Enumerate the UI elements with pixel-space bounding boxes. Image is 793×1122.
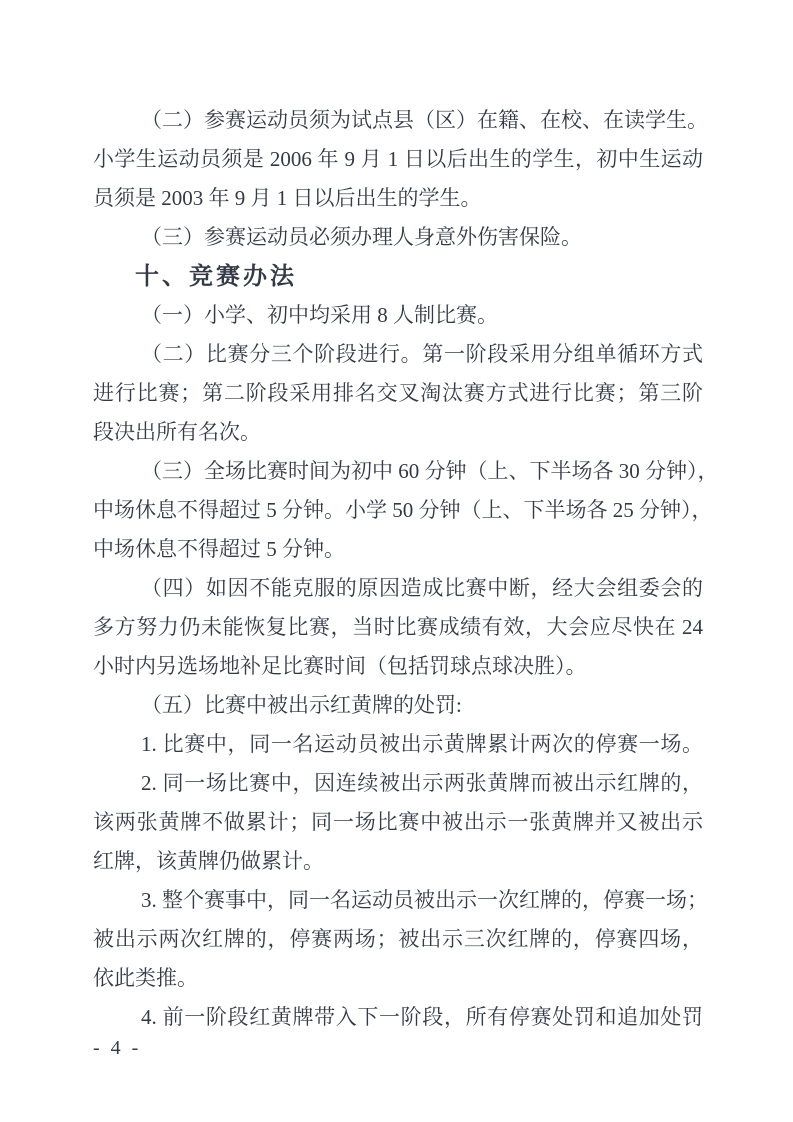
document-content: （二）参赛运动员须为试点县（区）在籍、在校、在读学生。小学生运动员须是 2006…	[93, 101, 703, 1037]
para-insurance: （三）参赛运动员必须办理人身意外伤害保险。	[93, 218, 703, 257]
para-penalty-item-3: 3. 整个赛事中，同一名运动员被出示一次红牌的，停赛一场；被出示两次红牌的，停赛…	[93, 881, 703, 998]
text-line: （一）小学、初中均采用 8 人制比赛。	[93, 296, 703, 335]
text-line: 进行比赛；第二阶段采用排名交叉淘汰赛方式进行比赛；第三阶	[93, 374, 703, 413]
para-penalty-item-2: 2. 同一场比赛中，因连续被出示两张黄牌而被出示红牌的，该两张黄牌不做累计；同一…	[93, 764, 703, 881]
text-line: （三）参赛运动员必须办理人身意外伤害保险。	[93, 218, 703, 257]
para-match-interruption: （四）如因不能克服的原因造成比赛中断，经大会组委会的多方努力仍未能恢复比赛，当时…	[93, 569, 703, 686]
page-number: - 4 -	[93, 1036, 141, 1060]
text-line: 小学生运动员须是 2006 年 9 月 1 日以后出生的学生，初中生运动	[93, 140, 703, 179]
para-three-stages: （二）比赛分三个阶段进行。第一阶段采用分组单循环方式进行比赛；第二阶段采用排名交…	[93, 335, 703, 452]
text-line: 依此类推。	[93, 959, 703, 998]
text-line: 被出示两次红牌的，停赛两场；被出示三次红牌的，停赛四场，	[93, 920, 703, 959]
para-match-duration: （三）全场比赛时间为初中 60 分钟（上、下半场各 30 分钟），中场休息不得超…	[93, 452, 703, 569]
para-card-penalties-intro: （五）比赛中被出示红黄牌的处罚:	[93, 686, 703, 725]
text-line: 段决出所有名次。	[93, 413, 703, 452]
text-line: （三）全场比赛时间为初中 60 分钟（上、下半场各 30 分钟），	[93, 452, 703, 491]
para-8-player-format: （一）小学、初中均采用 8 人制比赛。	[93, 296, 703, 335]
para-penalty-item-1: 1. 比赛中，同一名运动员被出示黄牌累计两次的停赛一场。	[93, 725, 703, 764]
text-line: 红牌，该黄牌仍做累计。	[93, 842, 703, 881]
para-penalty-item-4: 4. 前一阶段红黄牌带入下一阶段，所有停赛处罚和追加处罚	[93, 998, 703, 1037]
text-line: 3. 整个赛事中，同一名运动员被出示一次红牌的，停赛一场；	[93, 881, 703, 920]
text-line: （二）比赛分三个阶段进行。第一阶段采用分组单循环方式	[93, 335, 703, 374]
text-line: （四）如因不能克服的原因造成比赛中断，经大会组委会的	[93, 569, 703, 608]
text-line: 多方努力仍未能恢复比赛，当时比赛成绩有效，大会应尽快在 24	[93, 608, 703, 647]
text-line: 4. 前一阶段红黄牌带入下一阶段，所有停赛处罚和追加处罚	[93, 998, 703, 1037]
para-athlete-eligibility: （二）参赛运动员须为试点县（区）在籍、在校、在读学生。小学生运动员须是 2006…	[93, 101, 703, 218]
document-page: （二）参赛运动员须为试点县（区）在籍、在校、在读学生。小学生运动员须是 2006…	[0, 0, 793, 1122]
text-line: 该两张黄牌不做累计；同一场比赛中被出示一张黄牌并又被出示	[93, 803, 703, 842]
text-line: 十、竞赛办法	[93, 257, 703, 296]
section-heading-competition-rules: 十、竞赛办法	[93, 257, 703, 296]
text-line: 2. 同一场比赛中，因连续被出示两张黄牌而被出示红牌的，	[93, 764, 703, 803]
text-line: 小时内另选场地补足比赛时间（包括罚球点球决胜）。	[93, 647, 703, 686]
text-line: 员须是 2003 年 9 月 1 日以后出生的学生。	[93, 179, 703, 218]
text-line: （五）比赛中被出示红黄牌的处罚:	[93, 686, 703, 725]
text-line: 中场休息不得超过 5 分钟。小学 50 分钟（上、下半场各 25 分钟），	[93, 491, 703, 530]
text-line: 中场休息不得超过 5 分钟。	[93, 530, 703, 569]
text-line: 1. 比赛中，同一名运动员被出示黄牌累计两次的停赛一场。	[93, 725, 703, 764]
text-line: （二）参赛运动员须为试点县（区）在籍、在校、在读学生。	[93, 101, 703, 140]
